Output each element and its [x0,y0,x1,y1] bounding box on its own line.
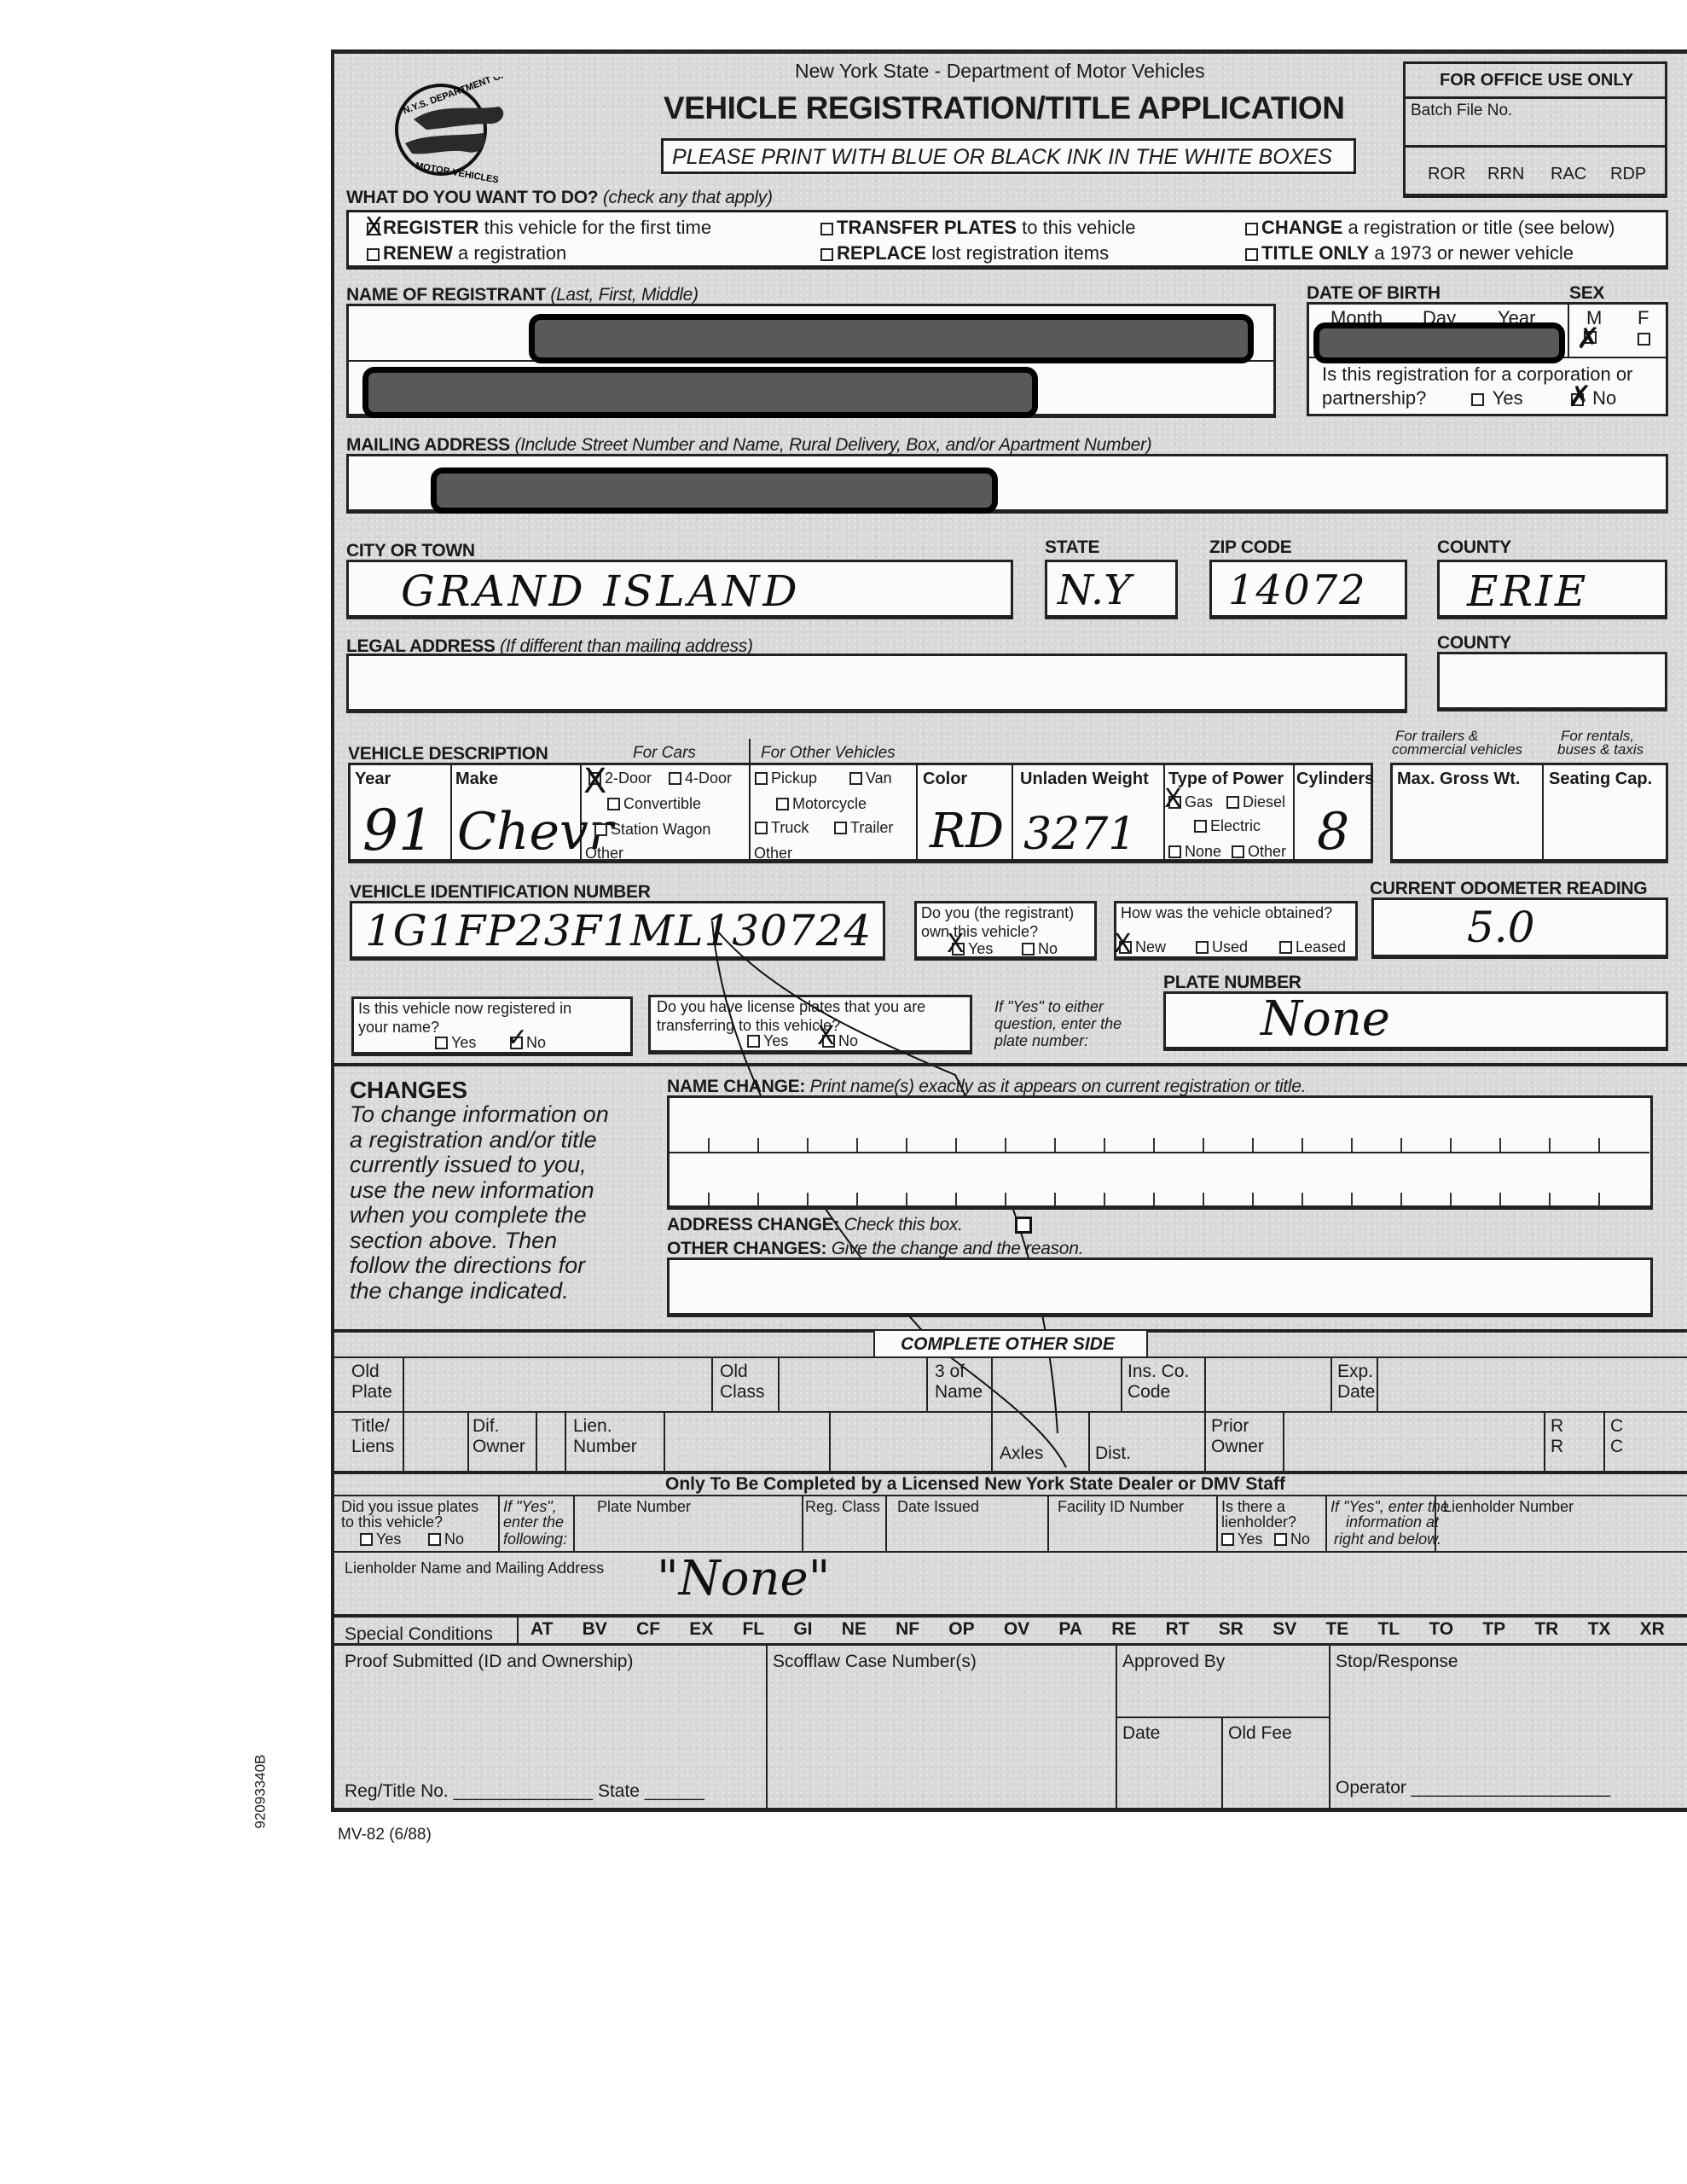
changes-instructions: To change information on a registration … [350,1102,609,1304]
other-changes-label: OTHER CHANGES: Give the change and the r… [667,1239,1083,1259]
name-change-ticks [708,1138,1646,1206]
special-code[interactable]: TP [1482,1619,1505,1640]
special-code[interactable]: NE [842,1619,867,1640]
special-code[interactable]: GI [793,1619,812,1640]
special-conditions-codes: AT BV CF EX FL GI NE NF OP OV PA RE RT S… [530,1619,1665,1640]
issue-no-option[interactable]: No [428,1531,464,1548]
special-conditions-label: Special Conditions [345,1624,493,1645]
old-fee-label: Old Fee [1228,1723,1292,1744]
side-serial-number: 92093340B [252,1755,269,1829]
approved-by-label: Approved By [1122,1652,1225,1672]
form-number: MV-82 (6/88) [338,1826,432,1844]
lienholder-name-label: Lienholder Name and Mailing Address [345,1560,604,1577]
special-code[interactable]: XR [1640,1619,1665,1640]
special-code[interactable]: RT [1166,1619,1190,1640]
special-code[interactable]: OP [948,1619,974,1640]
proof-submitted-label: Proof Submitted (ID and Ownership) [345,1652,633,1672]
address-change-checkbox[interactable] [1015,1217,1032,1234]
lien-no-option[interactable]: No [1274,1531,1310,1548]
office-grid: Old Plate Old Class 3 of Name Ins. Co. C… [334,1358,1687,1471]
complete-other-side-banner: COMPLETE OTHER SIDE [873,1329,1148,1358]
special-code[interactable]: NF [896,1619,919,1640]
special-code[interactable]: PA [1058,1619,1082,1640]
dealer-heading: Only To Be Completed by a Licensed New Y… [665,1474,1285,1495]
lien-yes-option[interactable]: Yes [1221,1531,1262,1548]
special-code[interactable]: TE [1325,1619,1348,1640]
special-code[interactable]: FL [742,1619,764,1640]
scofflaw-label: Scofflaw Case Number(s) [773,1652,977,1672]
special-code[interactable]: TL [1377,1619,1400,1640]
lienholder-name-value: "None" [657,1551,830,1606]
special-code[interactable]: SR [1219,1619,1244,1640]
dealer-grid: Did you issue plates to this vehicle? Ye… [334,1496,1687,1553]
special-code[interactable]: TX [1588,1619,1611,1640]
special-code[interactable]: AT [530,1619,553,1640]
special-code[interactable]: EX [689,1619,713,1640]
issue-yes-option[interactable]: Yes [360,1531,401,1548]
special-code[interactable]: RE [1111,1619,1136,1640]
special-code[interactable]: OV [1004,1619,1029,1640]
other-changes-field[interactable] [667,1258,1653,1317]
name-change-label: NAME CHANGE: Print name(s) exactly as it… [667,1077,1306,1097]
changes-heading: CHANGES [350,1077,467,1104]
special-code[interactable]: CF [636,1619,660,1640]
address-change-label: ADDRESS CHANGE: Check this box. [667,1215,963,1235]
special-code[interactable]: TO [1429,1619,1453,1640]
operator-label: Operator ____________________ [1336,1778,1610,1798]
special-code[interactable]: SV [1272,1619,1296,1640]
special-code[interactable]: TR [1534,1619,1558,1640]
reg-title-no-label: Reg/Title No. ______________ State _____… [345,1781,704,1802]
date-label: Date [1122,1723,1160,1744]
special-code[interactable]: BV [583,1619,607,1640]
stop-response-label: Stop/Response [1336,1652,1458,1672]
